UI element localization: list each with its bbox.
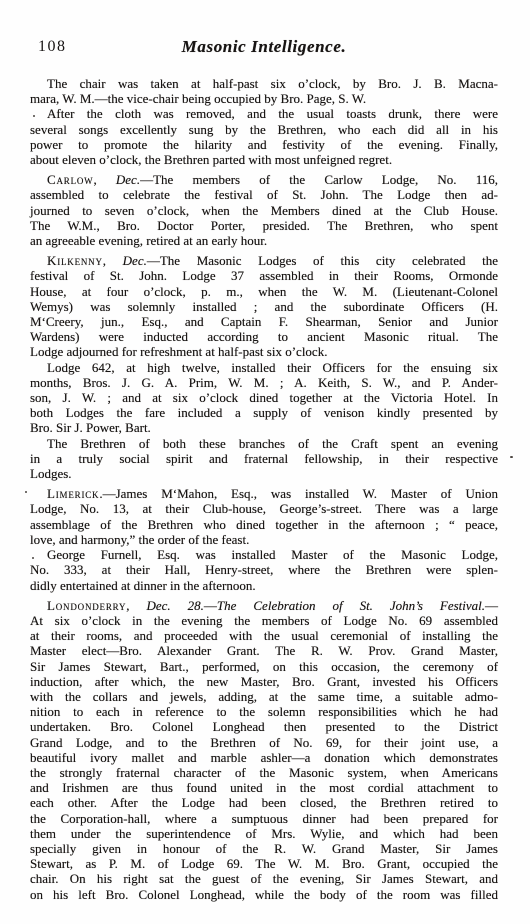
text-line: Lodge, No. 13, at their Club-house, Geor… xyxy=(30,501,498,516)
page-header: 108 Masonic Intelligence. xyxy=(30,37,498,61)
paragraph-macnamara-chair: The chair was taken at half-past six o’c… xyxy=(30,76,498,106)
text-line: son, J. W. ; and at six o’clock dined to… xyxy=(30,390,498,405)
text-line: several songs excellently sung by the Br… xyxy=(30,122,498,137)
text-line: an agreeable evening, retired at an earl… xyxy=(30,233,498,248)
text-line: After the cloth was removed, and the usu… xyxy=(30,106,498,121)
paragraph-brethren-both-branches: The Brethren of both these branches of t… xyxy=(30,436,498,482)
page-body: The chair was taken at half-past six o’c… xyxy=(30,76,498,902)
scan-speck xyxy=(33,115,35,117)
text-line: power to promote the hilarity and festiv… xyxy=(30,137,498,152)
scan-speck xyxy=(25,491,27,493)
text-line: Sir James Stewart, Bart., performed, on … xyxy=(30,659,498,674)
text-line: House, at four o’clock, p. m., when the … xyxy=(30,284,498,299)
text-line: assembled to celebrate the festival of S… xyxy=(30,187,498,202)
text-line: Bro. Sir J. Power, Bart. xyxy=(30,420,498,435)
text-line: The Brethren of both these branches of t… xyxy=(30,436,498,451)
running-head: Masonic Intelligence. xyxy=(30,37,498,57)
text-line: George Furnell, Esq. was installed Maste… xyxy=(30,547,498,562)
text-line: Wemys) was solemnly installed ; and the … xyxy=(30,299,498,314)
text-line: Lodge adjourned for refreshment at half-… xyxy=(30,344,498,359)
paragraph-limerick: Limerick.—James M‘Mahon, Esq., was insta… xyxy=(30,486,498,547)
text-line: assemblage of the Brethren who dined tog… xyxy=(30,517,498,532)
text-line: beautiful ivory mallet and marble ashler… xyxy=(30,750,498,765)
text-line: both Lodges the fare included a supply o… xyxy=(30,405,498,420)
text-line: journed to seven o’clock, when the Membe… xyxy=(30,203,498,218)
text-line: The chair was taken at half-past six o’c… xyxy=(30,76,498,91)
text-line: months, Bros. J. G. A. Prim, W. M. ; A. … xyxy=(30,375,498,390)
text-line: specially given in honour of the R. W. G… xyxy=(30,841,498,856)
text-line: in a truly social spirit and fraternal f… xyxy=(30,451,498,466)
text-line: with the collars and jewels, adding, at … xyxy=(30,689,498,704)
scan-speck xyxy=(32,557,34,559)
text-line: festival of St. John. Lodge 37 assembled… xyxy=(30,268,498,283)
text-line: at their rooms, and proceeded with the u… xyxy=(30,628,498,643)
text-line: Londonderry, Dec. 28.—The Celebration of… xyxy=(30,598,498,613)
text-line: love, and harmony,” the order of the fea… xyxy=(30,532,498,547)
text-line: on his left Bro. Colonel Longhead, while… xyxy=(30,887,498,902)
text-line: about eleven o’clock, the Brethren parte… xyxy=(30,152,498,167)
text-line: The W.M., Bro. Doctor Porter, presided. … xyxy=(30,218,498,233)
text-line: and Irishmen are thus found united in th… xyxy=(30,780,498,795)
text-line: nition to each in reference to the solem… xyxy=(30,704,498,719)
text-line: the Corporation-hall, where a sumptuous … xyxy=(30,811,498,826)
text-line: each other. After the Lodge had been clo… xyxy=(30,795,498,810)
text-line: the strongly fraternal character of the … xyxy=(30,765,498,780)
text-line: M‘Creery, jun., Esq., and Captain F. She… xyxy=(30,314,498,329)
text-line: Stewart, as P. M. of Lodge 69. The W. M.… xyxy=(30,856,498,871)
text-line: undertaken. Bro. Colonel Longhead then p… xyxy=(30,719,498,734)
text-line: Kilkenny, Dec.—The Masonic Lodges of thi… xyxy=(30,253,498,268)
text-line: Lodge 642, at high twelve, installed the… xyxy=(30,360,498,375)
text-line: Lodges. xyxy=(30,466,498,481)
paragraph-lodge-642: Lodge 642, at high twelve, installed the… xyxy=(30,360,498,436)
text-line: No. 333, at their Hall, Henry-street, wh… xyxy=(30,562,498,577)
text-line: them under the superintendence of Mrs. W… xyxy=(30,826,498,841)
text-line: didly entertained at dinner in the after… xyxy=(30,578,498,593)
scan-speck xyxy=(510,456,513,458)
paragraph-carlow: Carlow, Dec.—The members of the Carlow L… xyxy=(30,172,498,248)
paragraph-george-furnell: George Furnell, Esq. was installed Maste… xyxy=(30,547,498,593)
scanned-page: 108 Masonic Intelligence. The chair was … xyxy=(0,0,530,924)
text-line: Carlow, Dec.—The members of the Carlow L… xyxy=(30,172,498,187)
text-line: Wardens) were inducted according to anci… xyxy=(30,329,498,344)
paragraph-kilkenny: Kilkenny, Dec.—The Masonic Lodges of thi… xyxy=(30,253,498,359)
paragraph-after-the-cloth: After the cloth was removed, and the usu… xyxy=(30,106,498,167)
text-line: chair. On his right sat the guest of the… xyxy=(30,871,498,886)
page-number: 108 xyxy=(38,38,67,56)
text-line: Master elect—Bro. Alexander Grant. The R… xyxy=(30,643,498,658)
text-line: mara, W. M.—the vice-chair being occupie… xyxy=(30,91,498,106)
paragraph-londonderry: Londonderry, Dec. 28.—The Celebration of… xyxy=(30,598,498,902)
text-line: induction, after which, the new Master, … xyxy=(30,674,498,689)
text-line: Limerick.—James M‘Mahon, Esq., was insta… xyxy=(30,486,498,501)
text-line: Grand Lodge, and to the Brethren of No. … xyxy=(30,735,498,750)
text-line: At six o’clock in the evening the member… xyxy=(30,613,498,628)
